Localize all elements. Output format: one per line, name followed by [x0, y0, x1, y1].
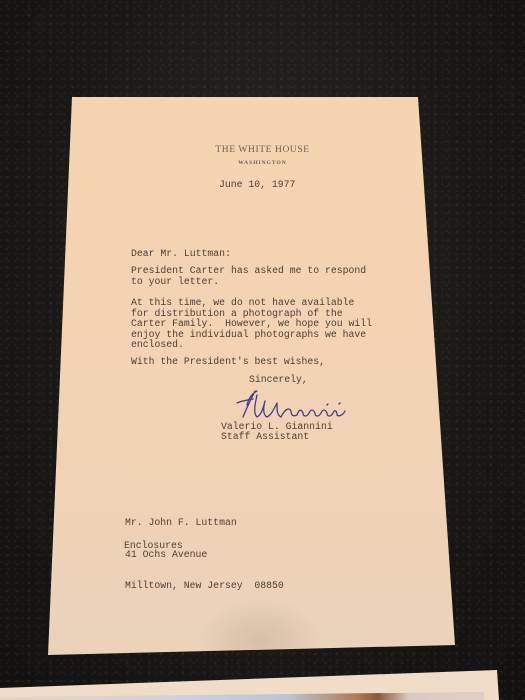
letterhead-subtitle: WASHINGTON	[0, 160, 525, 166]
salutation: Dear Mr. Luttman:	[131, 249, 231, 260]
letter: THE WHITE HOUSE WASHINGTON June 10, 1977…	[0, 0, 525, 700]
address-line: Milltown, New Jersey 08850	[125, 581, 284, 592]
recipient-address: Mr. John F. Luttman 41 Ochs Avenue Millt…	[125, 497, 284, 613]
enclosures-note: Enclosures	[124, 541, 183, 552]
body-paragraph-1: President Carter has asked me to respond…	[131, 266, 366, 287]
closing: Sincerely,	[249, 375, 308, 386]
body-paragraph-2: At this time, we do not have available f…	[131, 298, 372, 351]
letterhead-title: THE WHITE HOUSE	[0, 145, 525, 155]
letter-date: June 10, 1977	[219, 180, 295, 191]
closing-wish: With the President's best wishes,	[131, 357, 325, 368]
signature-icon	[233, 385, 363, 425]
signatory-title: Staff Assistant	[221, 432, 309, 443]
address-line: Mr. John F. Luttman	[125, 518, 284, 529]
